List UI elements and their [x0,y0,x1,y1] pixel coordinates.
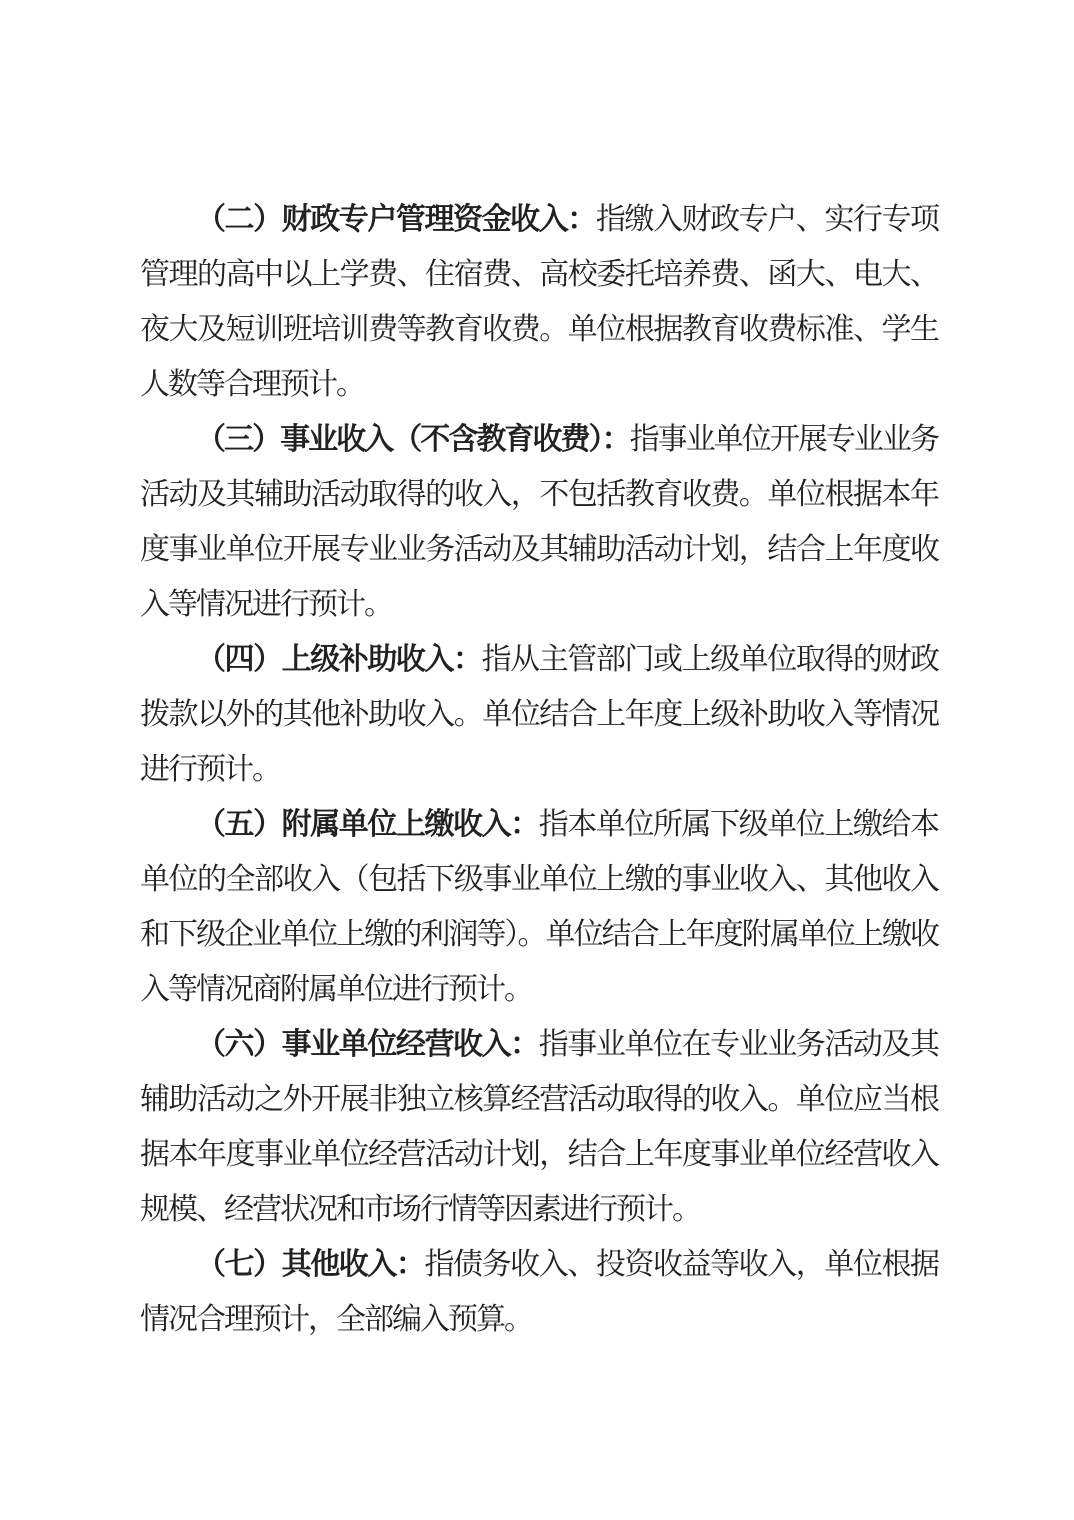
paragraph: （五）附属单位上缴收入：指本单位所属下级单位上缴给本单位的全部收入（包括下级事业… [140,797,938,1017]
document-text-block: （二）财政专户管理资金收入：指缴入财政专户、实行专项管理的高中以上学费、住宿费、… [140,192,938,1347]
document-page: （二）财政专户管理资金收入：指缴入财政专户、实行专项管理的高中以上学费、住宿费、… [0,0,1074,1520]
paragraph-head: （五）附属单位上缴收入： [196,808,539,841]
paragraph-head: （三）事业收入（不含教育收费）： [196,423,630,456]
paragraph-head: （二）财政专户管理资金收入： [196,203,596,236]
paragraph-head: （七）其他收入： [196,1248,424,1281]
paragraph-head: （四）上级补助收入： [196,643,482,676]
paragraph: （七）其他收入：指债务收入、投资收益等收入，单位根据情况合理预计，全部编入预算。 [140,1237,938,1347]
paragraph: （二）财政专户管理资金收入：指缴入财政专户、实行专项管理的高中以上学费、住宿费、… [140,192,938,412]
paragraph: （三）事业收入（不含教育收费）：指事业单位开展专业业务活动及其辅助活动取得的收入… [140,412,938,632]
paragraph-head: （六）事业单位经营收入： [196,1028,539,1061]
paragraph: （六）事业单位经营收入：指事业单位在专业业务活动及其辅助活动之外开展非独立核算经… [140,1017,938,1237]
paragraph: （四）上级补助收入：指从主管部门或上级单位取得的财政拨款以外的其他补助收入。单位… [140,632,938,797]
